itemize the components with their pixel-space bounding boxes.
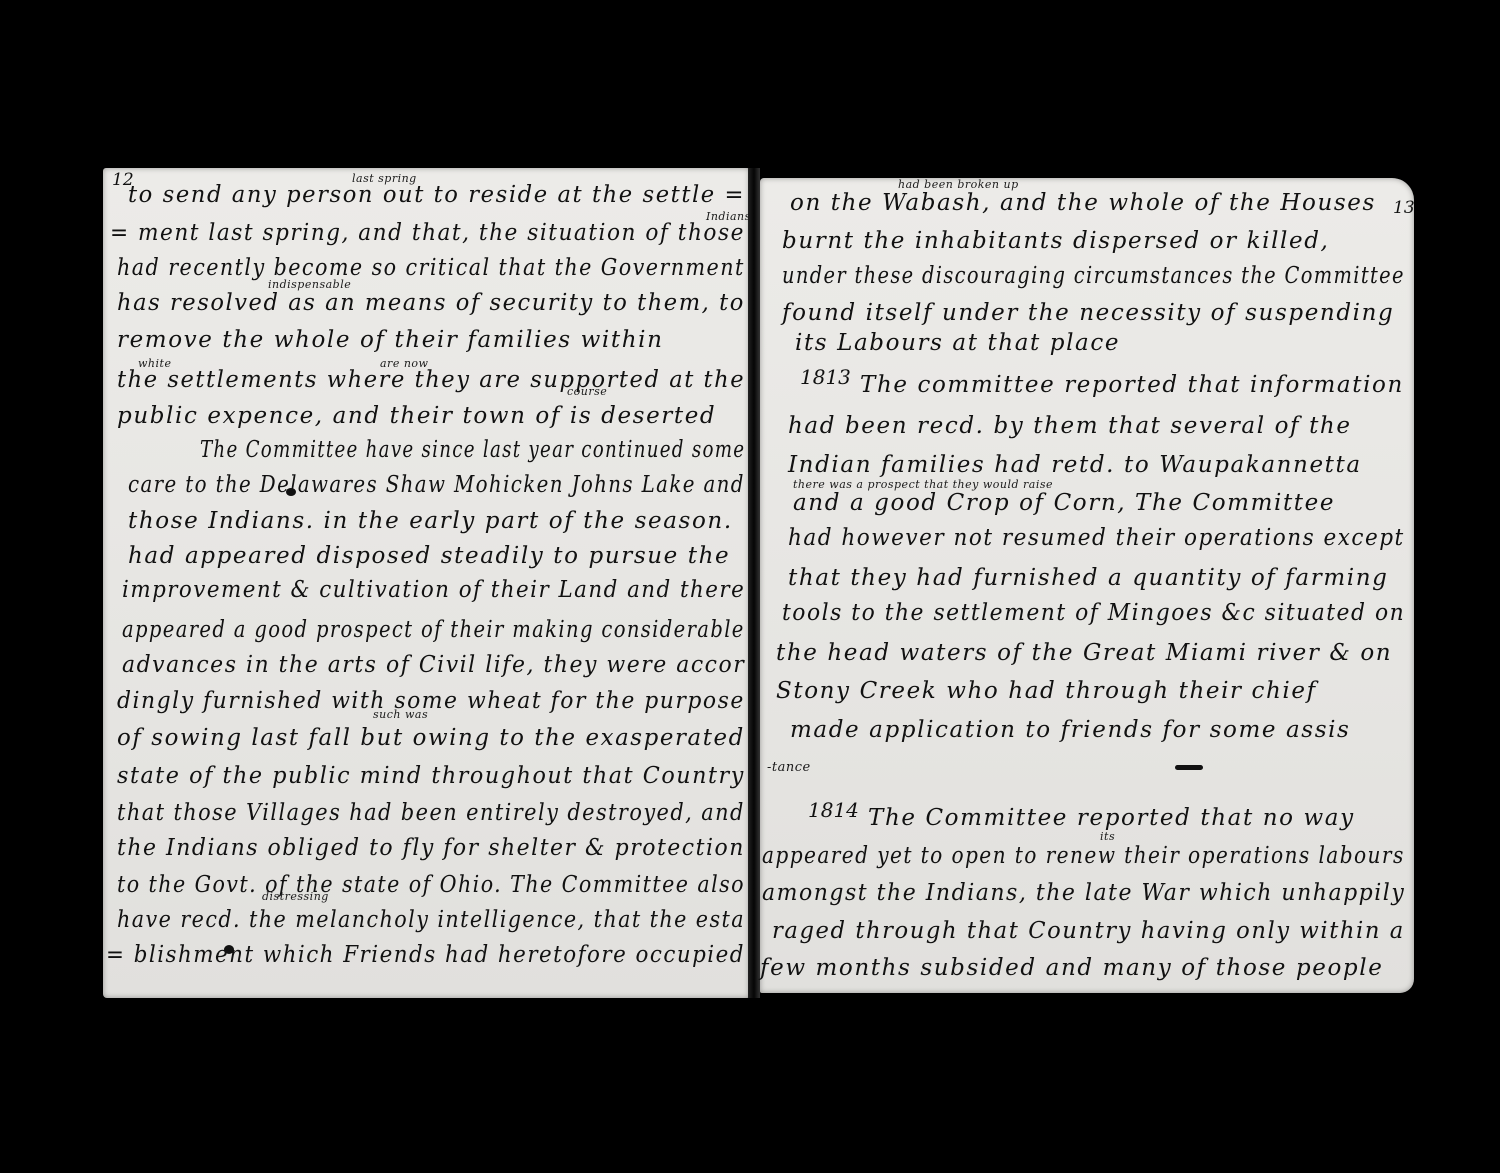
text-line: under these discouraging circumstances t… xyxy=(782,263,1405,289)
text-line: = blishment which Friends had heretofore… xyxy=(106,942,745,968)
text-line: to send any person out to reside at the … xyxy=(128,182,745,208)
text-line: the settlements where they are supported… xyxy=(117,367,745,393)
text-line: that they had furnished a quantity of fa… xyxy=(788,565,1388,591)
text-line: advances in the arts of Civil life, they… xyxy=(122,652,745,678)
text-line: had recently become so critical that the… xyxy=(117,255,745,281)
text-line: -tance xyxy=(767,760,811,775)
text-line: dingly furnished with some wheat for the… xyxy=(117,688,745,714)
text-line: of sowing last fall but owing to the exa… xyxy=(117,725,745,751)
interlineation: indispensable xyxy=(268,278,351,291)
text-line: appeared yet to open to renew their oper… xyxy=(762,843,1405,869)
ink-blot xyxy=(286,488,296,496)
text-line: public expence, and their town of is des… xyxy=(117,403,716,429)
text-line: raged through that Country having only w… xyxy=(772,918,1405,944)
text-line: amongst the Indians, the late War which … xyxy=(762,880,1405,906)
interlineation: course xyxy=(567,385,607,398)
text-line: appeared a good prospect of their making… xyxy=(122,617,745,643)
ink-blot xyxy=(1175,765,1203,770)
text-line: The committee reported that information xyxy=(860,372,1404,398)
text-line: has resolved as an means of security to … xyxy=(117,290,745,316)
text-line: Stony Creek who had through their chief xyxy=(776,678,1317,704)
text-line: and a good Crop of Corn, The Committee xyxy=(793,490,1335,516)
interlineation: its xyxy=(1100,830,1115,843)
interlineation: Indians xyxy=(706,210,751,223)
text-line: state of the public mind throughout that… xyxy=(117,763,745,789)
text-line: found itself under the necessity of susp… xyxy=(782,300,1394,326)
text-line: remove the whole of their families withi… xyxy=(117,327,663,353)
text-line: to the Govt. of the state of Ohio. The C… xyxy=(117,872,745,898)
year-marker: 1814 xyxy=(808,798,859,822)
text-line: the head waters of the Great Miami river… xyxy=(776,640,1392,666)
interlineation: white xyxy=(138,357,171,370)
book-gutter xyxy=(748,168,760,998)
text-line: few months subsided and many of those pe… xyxy=(760,955,1383,981)
ink-blot xyxy=(224,945,234,954)
interlineation: had been broken up xyxy=(898,178,1019,191)
text-line: had appeared disposed steadily to pursue… xyxy=(128,543,730,569)
page-number-right: 13 xyxy=(1393,198,1415,218)
text-line: care to the Delawares Shaw Mohicken John… xyxy=(128,472,745,498)
text-line: = ment last spring, and that, the situat… xyxy=(110,220,745,246)
text-line: improvement & cultivation of their Land … xyxy=(122,577,745,603)
text-line: that those Villages had been entirely de… xyxy=(117,800,745,826)
year-marker: 1813 xyxy=(800,365,851,389)
text-line: The Committee have since last year conti… xyxy=(200,437,745,463)
text-line: the Indians obliged to fly for shelter &… xyxy=(117,835,745,861)
interlineation: distressing xyxy=(262,890,329,903)
text-line: those Indians. in the early part of the … xyxy=(128,508,733,534)
text-line: Indian families had retd. to Waupakannet… xyxy=(788,452,1362,478)
text-line: its Labours at that place xyxy=(795,330,1120,356)
interlineation: such was xyxy=(373,708,428,721)
text-line: made application to friends for some ass… xyxy=(790,717,1350,743)
text-line: had however not resumed their operations… xyxy=(788,525,1405,551)
text-line: tools to the settlement of Mingoes &c si… xyxy=(782,600,1405,626)
interlineation: last spring xyxy=(352,172,417,185)
interlineation: are now xyxy=(380,357,428,370)
text-line: burnt the inhabitants dispersed or kille… xyxy=(782,228,1329,254)
text-line: had been recd. by them that several of t… xyxy=(788,413,1352,439)
text-line: have recd. the melancholy intelligence, … xyxy=(117,907,745,933)
text-line: The Committee reported that no way xyxy=(868,805,1355,831)
text-line: on the Wabash, and the whole of the Hous… xyxy=(790,190,1376,216)
